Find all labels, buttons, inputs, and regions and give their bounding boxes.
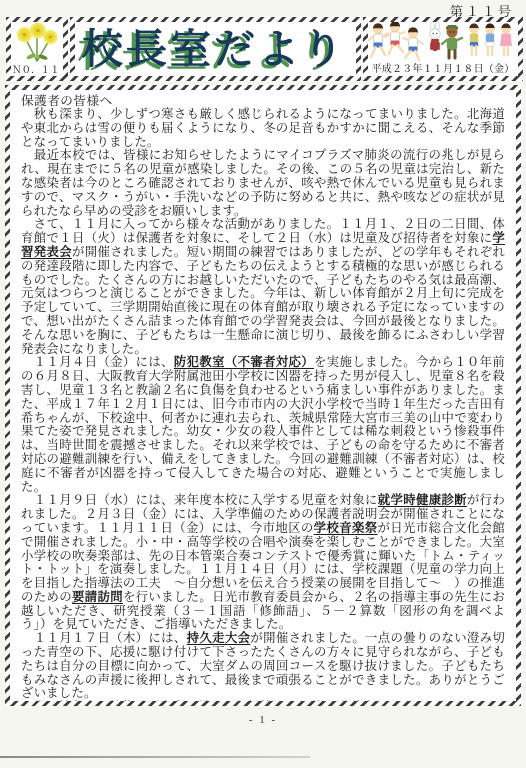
emphasized-term: 要請訪問 bbox=[72, 590, 123, 604]
emphasized-term: 学校音楽祭 bbox=[314, 521, 378, 535]
text-run: 尚、持久走の特集号（大会の様子や記録等）は、後日発送致します。 bbox=[21, 700, 423, 701]
text-run: １１月４日（金）には、 bbox=[21, 355, 174, 369]
title-box: 校長室だより bbox=[70, 17, 361, 81]
emphasized-term: 防犯教室（不審者対応） bbox=[174, 355, 314, 369]
paragraph: さて、１１月に入ってから様々な活動がありました。１１月１、２日の二日間、体育館で… bbox=[21, 218, 505, 356]
flower-box: Ｎ０．１１ bbox=[6, 17, 68, 81]
text-run: が開催されました。短い期間の練習ではありましたが、どの学年もそれぞれの発達段階に… bbox=[21, 245, 505, 356]
emphasized-term: 就学時健康診断 bbox=[378, 493, 467, 507]
page-title: 校長室だより bbox=[75, 24, 346, 74]
paragraph: １１月４日（金）には、防犯教室（不審者対応）を実施しました。今から１０年前の６月… bbox=[21, 356, 505, 494]
flower-box-inner: Ｎ０．１１ bbox=[11, 22, 63, 76]
issue-date: 平成２３年１１月１８日（金） bbox=[372, 60, 515, 76]
yellow-flower-icon bbox=[12, 23, 62, 63]
newsletter-number: Ｎ０．１１ bbox=[12, 62, 60, 76]
paragraph: １１月９日（水）には、来年度本校に入学する児童を対象に就学時健康診断が行われまし… bbox=[21, 494, 505, 632]
greeting-line: 保護者の皆様へ bbox=[21, 94, 505, 108]
text-run: を実施しました。今から１０年前の６月８日、大阪教育大学附属池田小学校に凶器を持っ… bbox=[21, 355, 505, 493]
text-run: 秋も深まり、少しずつ寒さも厳しく感じられるようになってまいりました。北海道や東北… bbox=[21, 107, 505, 149]
paragraph: 秋も深まり、少しずつ寒さも厳しく感じられるようになってまいりました。北海道や東北… bbox=[21, 108, 505, 149]
body-box: 保護者の皆様へ 秋も深まり、少しずつ寒さも厳しく感じられるようになってまいりまし… bbox=[5, 85, 521, 706]
text-run: １１月１７日（木）には、 bbox=[21, 631, 187, 645]
text-run: 最近本校では、皆様にお知らせしたようにマイコプラズマ肺炎の流行の兆しが見られ、現… bbox=[21, 148, 505, 217]
title-box-inner: 校長室だより bbox=[75, 22, 356, 76]
text-run: さて、１１月に入ってから様々な活動がありました。１１月１、２日の二日間、体育館で… bbox=[21, 217, 505, 245]
scan-artifact-line bbox=[0, 756, 310, 758]
newsletter-page: 第１１号 Ｎ０．１１ bbox=[0, 0, 526, 768]
paragraph: 最近本校では、皆様にお知らせしたようにマイコプラズマ肺炎の流行の兆しが見られ、現… bbox=[21, 149, 505, 218]
body-content: 保護者の皆様へ 秋も深まり、少しずつ寒さも厳しく感じられるようになってまいりまし… bbox=[10, 90, 516, 701]
text-run: １１月９日（水）には、来年度本校に入学する児童を対象に bbox=[21, 493, 378, 507]
emphasized-term: 持久走大会 bbox=[187, 631, 251, 645]
body-paragraphs: 秋も深まり、少しずつ寒さも厳しく感じられるようになってまいりました。北海道や東北… bbox=[21, 108, 505, 701]
paragraph: １１月１７日（木）には、持久走大会が開催されました。一点の曇りのない澄み切った青… bbox=[21, 632, 505, 701]
children-illustration bbox=[368, 22, 516, 62]
date-box-inner: 平成２３年１１月１８日（金） bbox=[368, 22, 518, 76]
date-box: 平成２３年１１月１８日（金） bbox=[363, 17, 523, 81]
header: Ｎ０．１１ 校長室だより bbox=[6, 17, 523, 81]
page-number: - 1 - bbox=[0, 714, 526, 726]
